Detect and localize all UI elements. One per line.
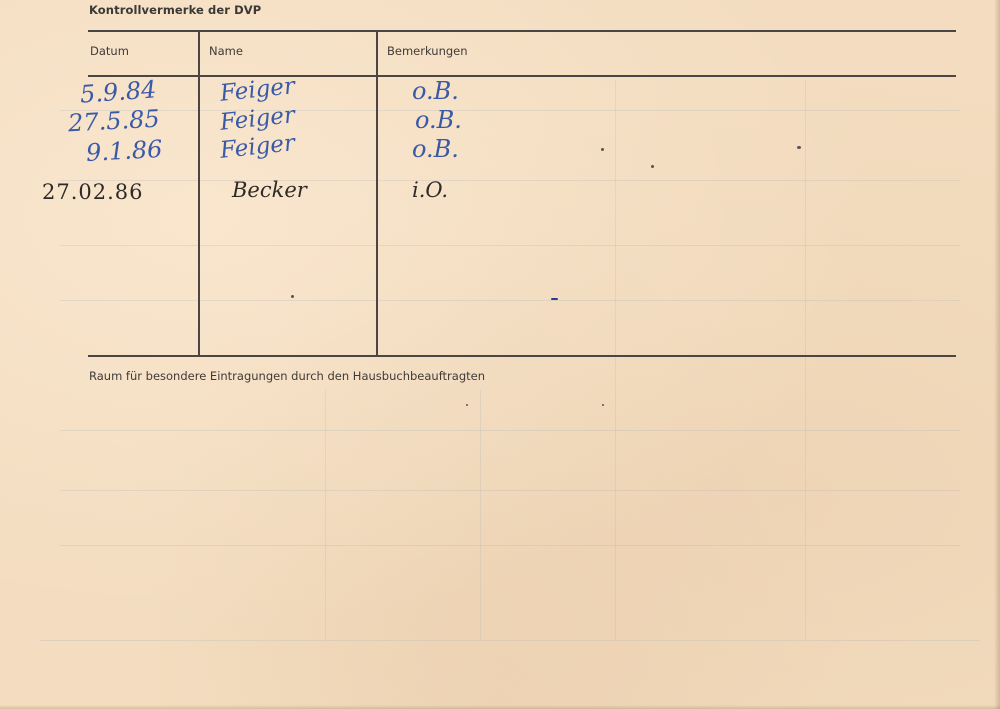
row-date: 27.02.86 (42, 180, 144, 204)
section-title: Kontrollvermerke der DVP (89, 3, 261, 17)
column-header-bemerkungen: Bemerkungen (387, 44, 468, 58)
ink-speck (651, 165, 654, 168)
column-header-name: Name (209, 44, 243, 58)
show-through-line (60, 490, 960, 491)
ink-speck (797, 146, 801, 149)
page-edge-shadow (994, 0, 1000, 709)
show-through-line (480, 390, 481, 640)
row-remark: i.O. (412, 178, 448, 202)
ink-speck (466, 404, 468, 406)
ink-speck (602, 404, 604, 406)
show-through-line (60, 180, 960, 181)
special-entries-label: Raum für besondere Eintragungen durch de… (89, 369, 485, 383)
row-date: 9.1.86 (85, 135, 163, 167)
show-through-line (615, 80, 616, 640)
table-bottom-rule (88, 355, 956, 357)
column-divider (198, 30, 200, 355)
row-remark: o.B. (412, 77, 459, 105)
ink-speck (601, 148, 604, 151)
column-divider (376, 30, 378, 355)
column-header-datum: Datum (90, 44, 129, 58)
show-through-line (40, 640, 980, 641)
show-through-line (60, 110, 960, 111)
show-through-line (60, 300, 960, 301)
row-signature: Feiger (219, 130, 296, 164)
table-top-rule (88, 30, 956, 32)
row-date: 27.5.85 (67, 105, 160, 138)
row-signature: Becker (232, 178, 307, 202)
ink-speck (551, 298, 558, 300)
page-edge-shadow (0, 705, 1000, 709)
row-date: 5.9.84 (79, 75, 157, 108)
show-through-line (60, 545, 960, 546)
show-through-line (805, 80, 806, 640)
table-header-rule (88, 75, 956, 77)
show-through-line (325, 390, 326, 640)
row-remark: o.B. (415, 106, 462, 134)
show-through-line (60, 430, 960, 431)
ink-speck (291, 295, 294, 298)
row-remark: o.B. (412, 135, 459, 163)
row-signature: Feiger (219, 73, 296, 107)
show-through-line (60, 245, 960, 246)
